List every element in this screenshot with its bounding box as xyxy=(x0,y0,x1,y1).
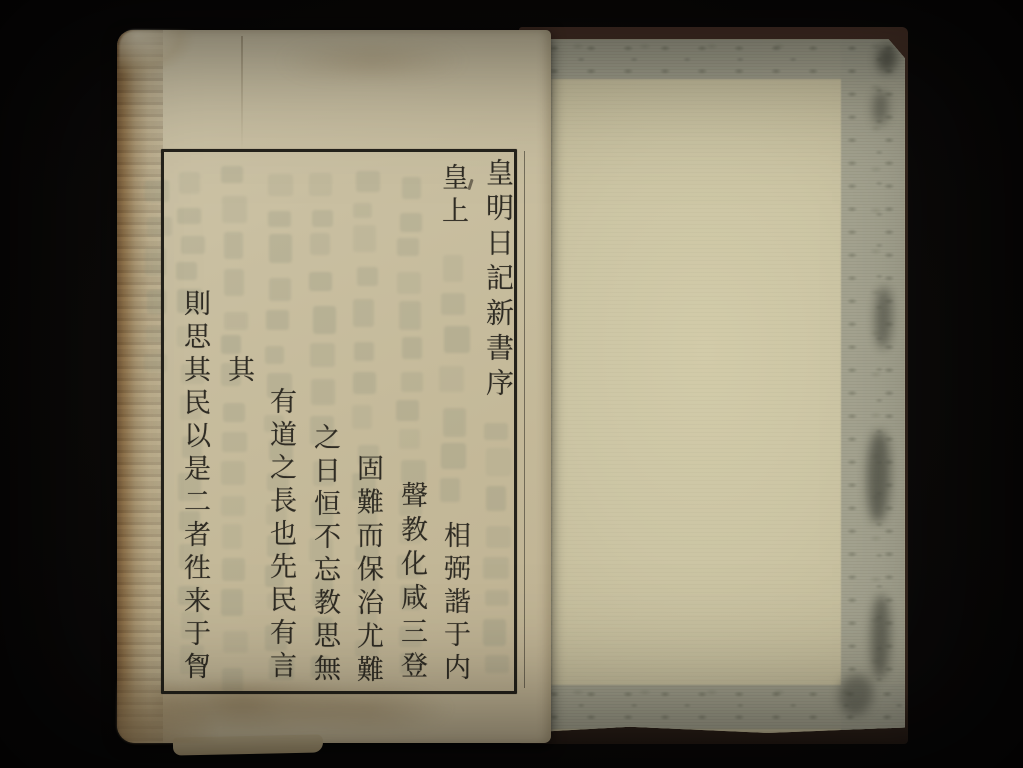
text-column-5: 之日恒不忘教思無 xyxy=(310,423,340,687)
text-frame-inner-line xyxy=(524,151,525,688)
book-photograph: 皇明日記新書序 皇上 相弼諧于内 聲教化咸三登 固難而保治尤難 之日恒不忘教思無… xyxy=(0,0,1023,768)
text-column-7: 其 xyxy=(224,355,254,388)
title-column: 皇明日記新書序 xyxy=(482,158,512,403)
text-column-2: 相弼諧于内 xyxy=(440,521,470,686)
text-column-honorific: 皇上 xyxy=(438,163,468,229)
right-blank-page xyxy=(543,39,905,733)
text-column-3: 聲教化咸三登 xyxy=(397,481,427,685)
left-text-page: 皇明日記新書序 皇上 相弼諧于内 聲教化咸三登 固難而保治尤難 之日恒不忘教思無… xyxy=(117,30,551,743)
text-column-8: 則思其民以是二者徃来于胷 xyxy=(180,289,210,685)
text-column-4: 固難而保治尤難 xyxy=(353,454,383,689)
text-column-6: 有道之長也先民有言 xyxy=(266,387,296,684)
